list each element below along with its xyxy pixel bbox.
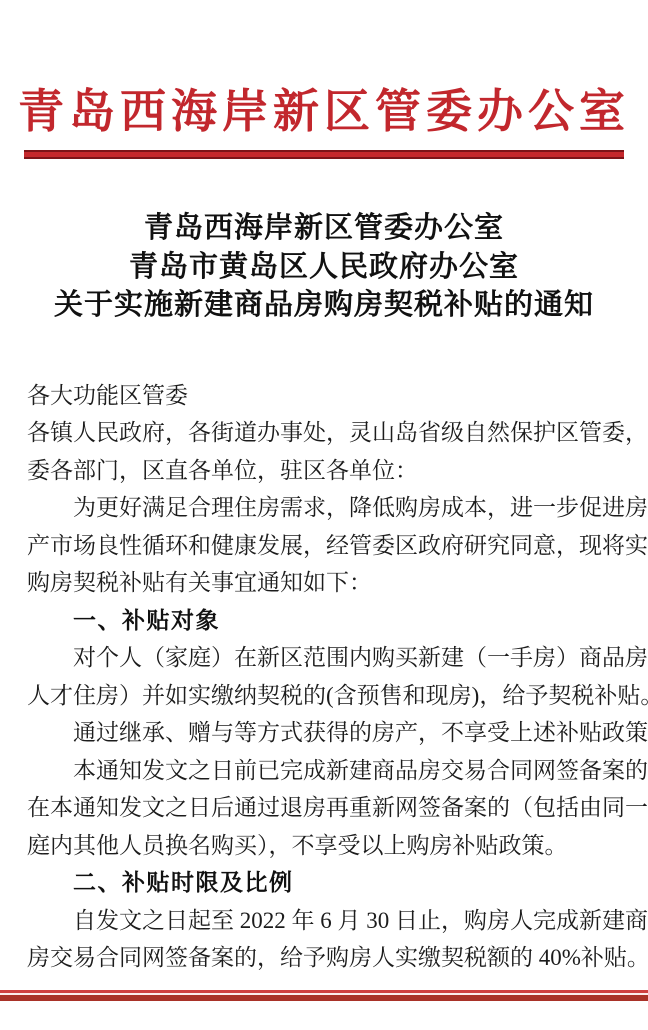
body-line: 购房契税补贴有关事宜通知如下： xyxy=(27,564,630,602)
document-title: 青岛西海岸新区管委办公室 青岛市黄岛区人民政府办公室 关于实施新建商品房购房契税… xyxy=(0,209,648,325)
addressee-line: 各镇人民政府，各街道办事处，灵山岛省级自然保护区管委，管 xyxy=(27,414,630,452)
body-line: 对个人（家庭）在新区范围内购买新建（一手房）商品房（含 xyxy=(27,639,630,677)
masthead-office-name: 青岛西海岸新区管委办公室 xyxy=(0,84,648,140)
body-line: 为更好满足合理住房需求，降低购房成本，进一步促进房地 xyxy=(27,489,630,527)
footer-rule xyxy=(0,990,648,1001)
document-body: 各大功能区管委 各镇人民政府，各街道办事处，灵山岛省级自然保护区管委，管 委各部… xyxy=(0,377,648,977)
body-line: 通过继承、赠与等方式获得的房产，不享受上述补贴政策。 xyxy=(27,714,630,752)
addressee-line: 委各部门，区直各单位，驻区各单位： xyxy=(27,452,630,490)
section-heading-1: 一、补贴对象 xyxy=(27,602,630,640)
title-line-2: 青岛市黄岛区人民政府办公室 xyxy=(0,248,648,287)
body-line: 房交易合同网签备案的，给予购房人实缴契税额的 40%补贴。 xyxy=(27,939,630,977)
body-line: 产市场良性循环和健康发展，经管委区政府研究同意，现将实施 xyxy=(27,527,630,565)
body-line: 人才住房）并如实缴纳契税的(含预售和现房)，给予契税补贴。 xyxy=(27,677,630,715)
masthead-rule xyxy=(24,150,624,159)
footer-rule-bottom-stripe xyxy=(0,995,648,1001)
title-line-3: 关于实施新建商品房购房契税补贴的通知 xyxy=(0,286,648,325)
title-line-1: 青岛西海岸新区管委办公室 xyxy=(0,209,648,248)
document-page: { "theme": { "accent_red": "#c2272d", "h… xyxy=(0,0,648,1030)
body-line: 庭内其他人员换名购买），不享受以上购房补贴政策。 xyxy=(27,827,630,865)
body-line: 本通知发文之日前已完成新建商品房交易合同网签备案的， xyxy=(27,752,630,790)
body-line: 在本通知发文之日后通过退房再重新网签备案的（包括由同一家 xyxy=(27,789,630,827)
section-heading-2: 二、补贴时限及比例 xyxy=(27,864,630,902)
addressee-line: 各大功能区管委 xyxy=(27,377,630,415)
body-line: 自发文之日起至 2022 年 6 月 30 日止，购房人完成新建商品 xyxy=(27,902,630,940)
